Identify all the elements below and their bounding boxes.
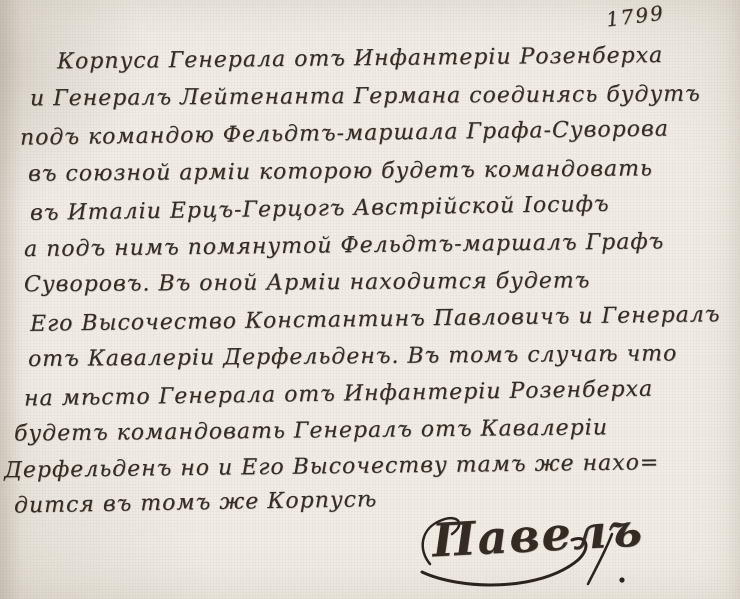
manuscript-line: подъ командою Фельдтъ-маршала Графа-Суво… [20, 114, 680, 153]
manuscript-line: отъ Кавалерiи Дерфельденъ. Въ томъ случа… [28, 339, 718, 375]
manuscript-line: а подъ нимъ помянутой Фельдтъ-маршалъ Гр… [24, 227, 704, 265]
manuscript-line: въ Италiи Ерцъ-Герцогъ Австрiйской Iосиф… [30, 189, 655, 229]
manuscript-line: Его Высочество Константинъ Павловичъ и Г… [30, 300, 720, 340]
manuscript-line: въ союзной армiи которою будетъ командов… [28, 154, 668, 190]
manuscript-line: дится въ томъ же Корпусѣ [14, 485, 414, 522]
manuscript-line: на мѣсто Генерала отъ Инфантерiи Розенбе… [24, 374, 724, 415]
manuscript-line: Корпуса Генерала отъ Инфантерiи Розенбер… [57, 41, 702, 78]
manuscript-line: будетъ командовать Генералъ отъ Кавалерi… [14, 412, 690, 449]
manuscript-line: Суворовъ. Въ оной Армiи находится будетъ [24, 266, 674, 301]
page-date: 1799 [605, 1, 666, 32]
manuscript-line: и Генералъ Лейтенанта Германа соединясь … [30, 80, 702, 115]
manuscript-line: Дерфельденъ но и Его Высочеству тамъ же … [4, 448, 696, 486]
manuscript-page: 1799 Корпуса Генерала отъ Инфантерiи Роз… [0, 0, 740, 599]
signature: Павелъ [431, 502, 645, 567]
signature-block: Павелъ [400, 494, 650, 598]
